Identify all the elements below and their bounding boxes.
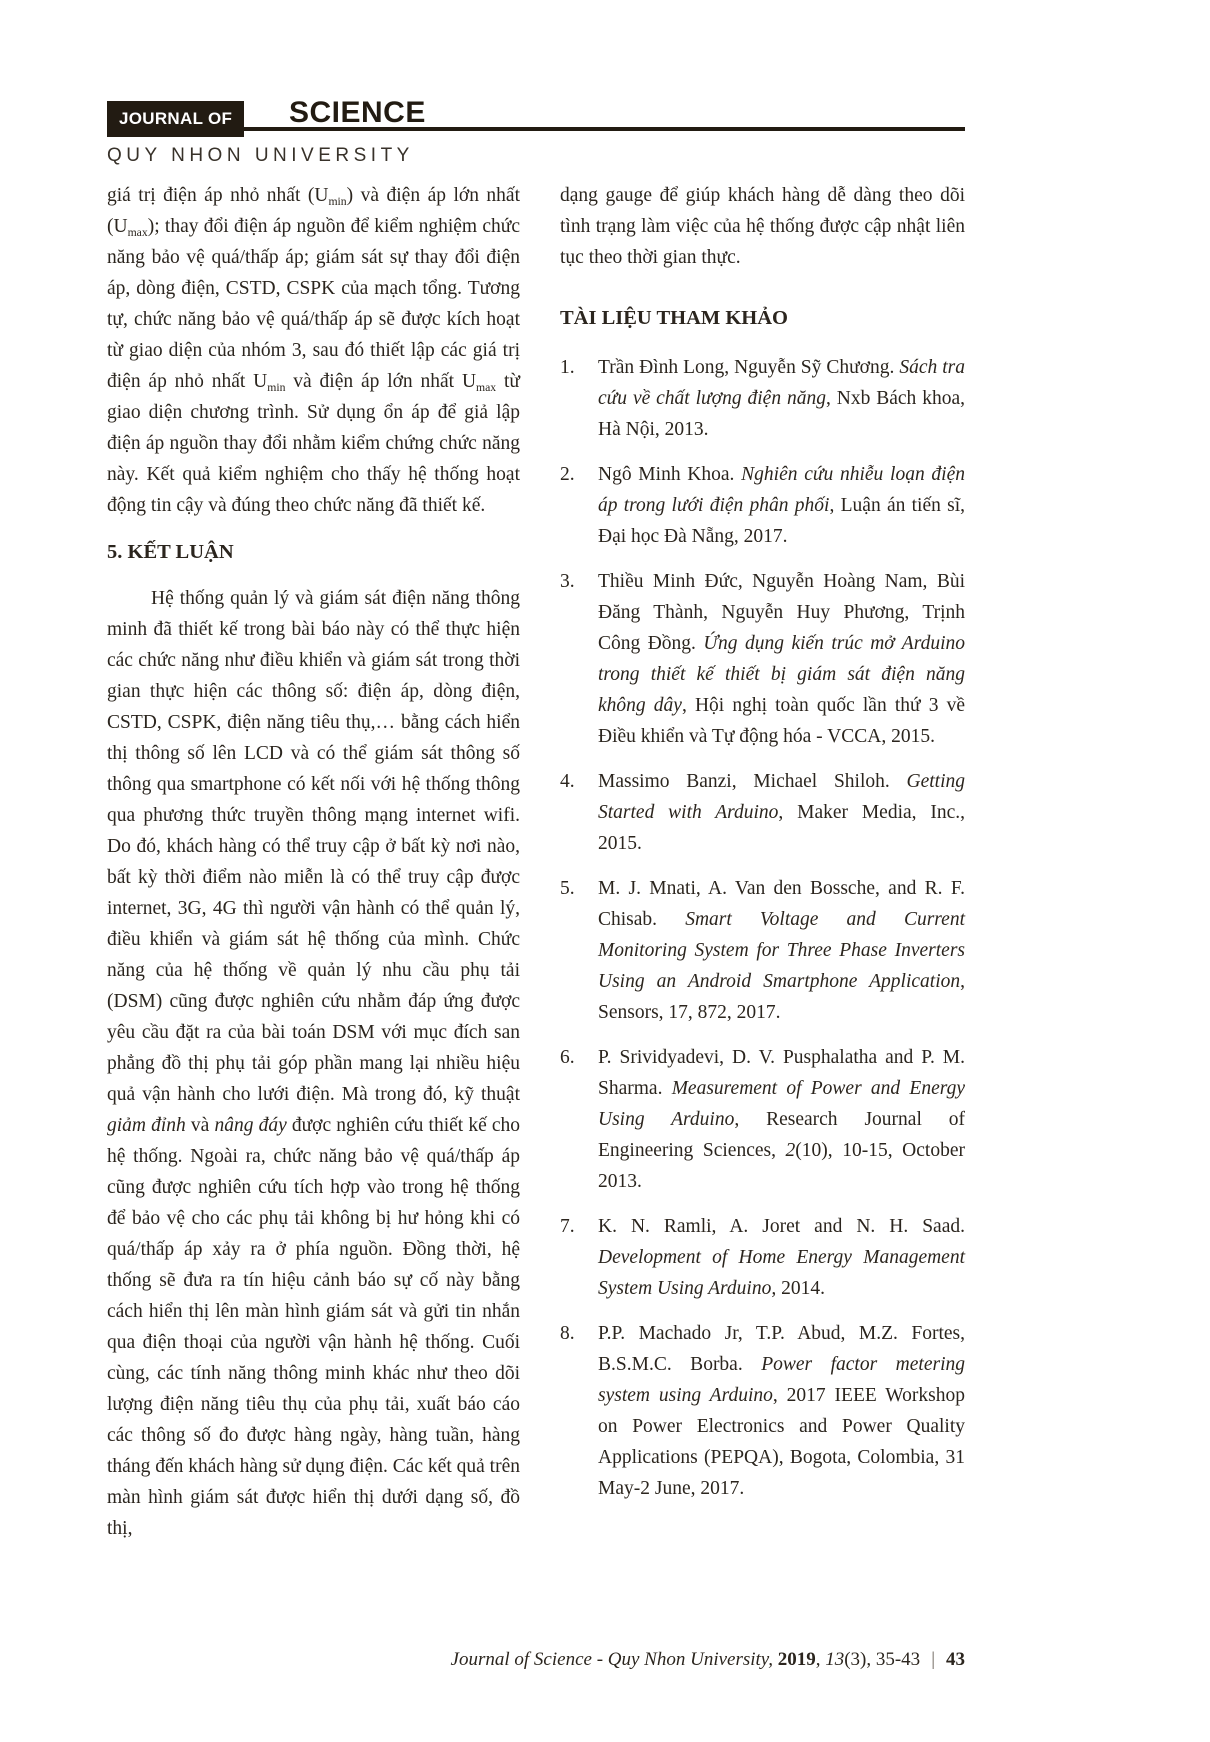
reference-number: 2. (560, 459, 598, 552)
reference-text: Massimo Banzi, Michael Shiloh. Getting S… (598, 766, 965, 859)
reference-item: 3. Thiều Minh Đức, Nguyễn Hoàng Nam, Bùi… (560, 566, 965, 752)
reference-text: K. N. Ramli, A. Joret and N. H. Saad. De… (598, 1211, 965, 1304)
reference-number: 4. (560, 766, 598, 859)
reference-item: 4. Massimo Banzi, Michael Shiloh. Gettin… (560, 766, 965, 859)
reference-text: M. J. Mnati, A. Van den Bossche, and R. … (598, 873, 965, 1028)
page-columns: giá trị điện áp nhỏ nhất (Umin) và điện … (107, 180, 965, 1544)
reference-text: P. Srividyadevi, D. V. Pusphalatha and P… (598, 1042, 965, 1197)
reference-number: 1. (560, 352, 598, 445)
university-name: QUY NHON UNIVERSITY (107, 145, 965, 167)
footer-page-number: 43 (946, 1649, 965, 1670)
page-footer: Journal of Science - Quy Nhon University… (107, 1646, 965, 1674)
left-column: giá trị điện áp nhỏ nhất (Umin) và điện … (107, 180, 520, 1544)
journal-of-badge: JOURNAL OF (107, 101, 244, 137)
reference-item: 8. P.P. Machado Jr, T.P. Abud, M.Z. Fort… (560, 1318, 965, 1504)
section-heading-conclusion: 5. KẾT LUẬN (107, 537, 520, 568)
reference-item: 2. Ngô Minh Khoa. Nghiên cứu nhiễu loạn … (560, 459, 965, 552)
body-paragraph: dạng gauge để giúp khách hàng dễ dàng th… (560, 180, 965, 273)
journal-page: JOURNAL OF SCIENCE QUY NHON UNIVERSITY g… (0, 0, 1210, 1742)
reference-number: 7. (560, 1211, 598, 1304)
reference-number: 5. (560, 873, 598, 1028)
reference-text: Trần Đình Long, Nguyễn Sỹ Chương. Sách t… (598, 352, 965, 445)
body-paragraph: Hệ thống quản lý và giám sát điện năng t… (107, 583, 520, 1544)
right-column: dạng gauge để giúp khách hàng dễ dàng th… (560, 180, 965, 1544)
reference-item: 7. K. N. Ramli, A. Joret and N. H. Saad.… (560, 1211, 965, 1304)
reference-number: 6. (560, 1042, 598, 1197)
reference-item: 5. M. J. Mnati, A. Van den Bossche, and … (560, 873, 965, 1028)
footer-divider: | (931, 1649, 935, 1670)
reference-item: 6. P. Srividyadevi, D. V. Pusphalatha an… (560, 1042, 965, 1197)
footer-citation: Journal of Science - Quy Nhon University… (451, 1649, 921, 1670)
reference-text: Ngô Minh Khoa. Nghiên cứu nhiễu loạn điệ… (598, 459, 965, 552)
reference-item: 1. Trần Đình Long, Nguyễn Sỹ Chương. Sác… (560, 352, 965, 445)
reference-number: 3. (560, 566, 598, 752)
reference-text: P.P. Machado Jr, T.P. Abud, M.Z. Fortes,… (598, 1318, 965, 1504)
reference-text: Thiều Minh Đức, Nguyễn Hoàng Nam, Bùi Đă… (598, 566, 965, 752)
body-paragraph: giá trị điện áp nhỏ nhất (Umin) và điện … (107, 180, 520, 521)
reference-number: 8. (560, 1318, 598, 1504)
masthead: JOURNAL OF SCIENCE QUY NHON UNIVERSITY (107, 100, 965, 167)
science-wordmark: SCIENCE (289, 98, 426, 128)
references-heading: TÀI LIỆU THAM KHẢO (560, 303, 965, 334)
masthead-row: JOURNAL OF SCIENCE (107, 100, 965, 137)
